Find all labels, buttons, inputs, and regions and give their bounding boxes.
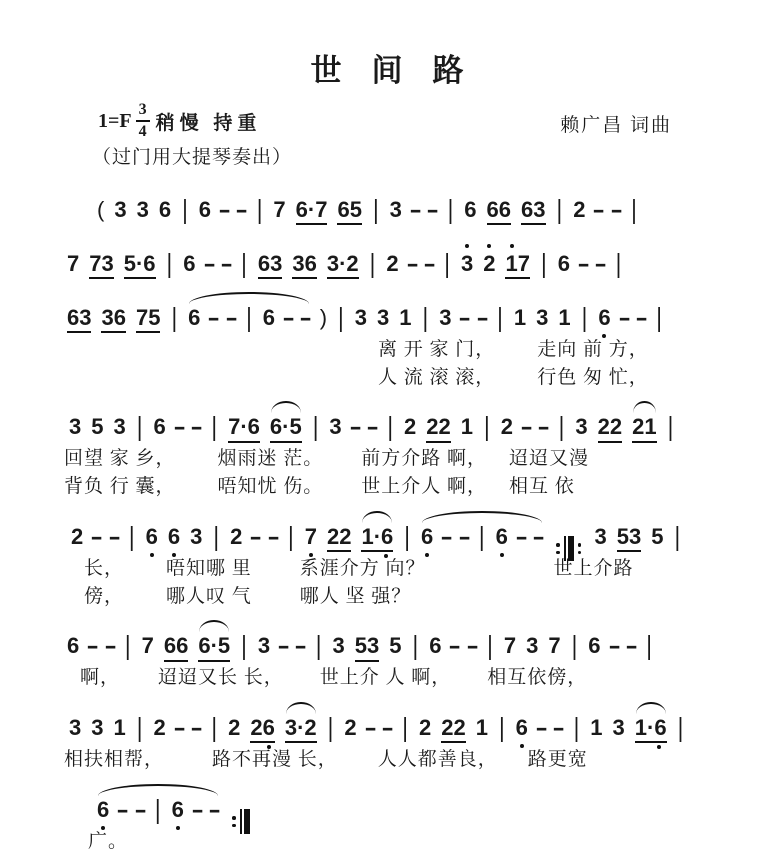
lyric-segment: 长， xyxy=(84,557,124,582)
note: 36 xyxy=(292,251,316,279)
notation-row: 353|6--|7·66·5|3--|2221|2--|32221| xyxy=(0,400,774,444)
note: 7·6 xyxy=(228,414,260,442)
sustain-dash: - xyxy=(458,524,470,549)
performance-note: （过门用大提琴奏出） xyxy=(92,142,774,169)
note: 6·5 xyxy=(198,633,230,661)
note: 6 xyxy=(172,797,184,822)
barline: | xyxy=(559,412,565,442)
repeat-sign-both xyxy=(555,536,583,561)
lyric-segment: 行色 匆 忙， xyxy=(537,366,649,391)
sustain-dash: - xyxy=(208,305,220,330)
lyrics-row: 人 流 滚 滚，行色 匆 忙， xyxy=(0,366,774,391)
lyric-segment: 烟雨迷 茫。 xyxy=(218,447,324,472)
repeat-sign-end xyxy=(231,809,250,834)
sustain-dash: - xyxy=(423,251,435,276)
notation-row: 331|2--|2263·2|2--|2221|6--|131·6| xyxy=(0,701,774,745)
lyrics-row: 相扶相帮，路不再漫 长，人人都善良，路更宽 xyxy=(0,748,774,773)
lyrics-row: 广。 xyxy=(0,830,774,855)
note: 1 xyxy=(476,715,488,740)
barline: | xyxy=(423,303,429,333)
sustain-dash: - xyxy=(209,797,221,822)
slur-group: 1·6 xyxy=(630,715,672,743)
lyric-segment: 相互 依 xyxy=(509,475,575,500)
note: 6·7 xyxy=(296,197,328,225)
sustain-dash: - xyxy=(625,633,637,658)
barline: | xyxy=(541,249,547,279)
slur-group: 6·5 xyxy=(193,633,235,661)
note: 2 xyxy=(419,715,431,740)
sustain-dash: - xyxy=(108,524,120,549)
score-line: 7735·6|6--|63363·2|2--|3217|6--| xyxy=(0,237,774,281)
slur-group: 1·6 xyxy=(356,524,398,552)
note: 3 xyxy=(595,524,607,549)
barline: | xyxy=(246,303,252,333)
barline: | xyxy=(557,195,563,225)
note: 7 xyxy=(548,633,560,658)
note: 3 xyxy=(91,715,103,740)
repeat-dot xyxy=(232,816,236,820)
note: 3·2 xyxy=(327,251,359,279)
note: 22 xyxy=(441,715,465,743)
note: 2 xyxy=(344,715,356,740)
note-group: )|331|3--|131|6--| xyxy=(315,305,668,330)
note-group: 3535| xyxy=(548,524,687,562)
sustain-dash: - xyxy=(236,197,248,222)
notation-row: 633675|6--|6--)|331|3--|131|6--| xyxy=(0,291,774,335)
sustain-dash: - xyxy=(173,715,185,740)
barline: | xyxy=(479,521,485,551)
lyric-segment: 离 开 家 门， xyxy=(378,338,495,363)
time-signature-numerator: 3 xyxy=(136,102,150,122)
sustain-dash: - xyxy=(218,197,230,222)
note: 6 xyxy=(558,251,570,276)
note: 6 xyxy=(67,633,79,658)
note-group: 2--|663|2--|722 xyxy=(66,524,356,552)
sustain-dash: - xyxy=(173,414,185,439)
note: 3 xyxy=(258,633,270,658)
note-group: |2--|2221|6--|13 xyxy=(322,715,630,743)
note: 1 xyxy=(590,715,602,740)
note: 63 xyxy=(521,197,545,225)
note: 6 xyxy=(146,524,158,549)
repeat-dot xyxy=(556,551,560,555)
note: 5 xyxy=(651,524,663,549)
meta-row: 1=F 3 4 稍慢 持重 赖广昌 词曲 xyxy=(98,104,774,138)
note: 63 xyxy=(67,305,91,333)
slur-group: 6·5 xyxy=(265,414,307,442)
repeat-dot xyxy=(556,543,560,547)
note: 22 xyxy=(327,524,351,552)
sustain-dash: - xyxy=(220,251,232,276)
lyric-segment: 唔知哪 里 xyxy=(166,557,252,582)
note-group: | xyxy=(398,524,416,549)
lyric-segment: 背负 行 囊， xyxy=(64,475,176,500)
sustain-dash: - xyxy=(409,197,421,222)
note: 3 xyxy=(526,633,538,658)
note: 2 xyxy=(483,251,495,276)
sustain-dash: - xyxy=(553,715,565,740)
note-group: (336|6--|76·765|3--|66663|2--| xyxy=(92,197,643,225)
sustain-dash: - xyxy=(104,633,116,658)
sustain-dash: - xyxy=(300,305,312,330)
note: 3 xyxy=(377,305,389,330)
note: 7 xyxy=(67,251,79,276)
note: 65 xyxy=(337,197,361,225)
sustain-dash: - xyxy=(610,197,622,222)
slur-group: 3·2 xyxy=(280,715,322,743)
barline: | xyxy=(241,631,247,661)
note: 6 xyxy=(153,414,165,439)
lyrics-row: 回望 家 乡，烟雨迷 茫。前方介路 啊，迢迢又漫 xyxy=(0,447,774,472)
sustain-dash: - xyxy=(533,524,545,549)
slur-group: 6--|6-- xyxy=(416,524,548,549)
barline: | xyxy=(338,303,344,333)
sustain-dash: - xyxy=(364,715,376,740)
barline: | xyxy=(213,521,219,551)
barline: | xyxy=(257,195,263,225)
sustain-dash: - xyxy=(191,797,203,822)
notation-row: 7735·6|6--|63363·2|2--|3217|6--| xyxy=(0,237,774,281)
parenthesis: ( xyxy=(97,197,104,222)
note-group: 7735·6|6--|63363·2|2--|3217|6--| xyxy=(62,251,627,279)
barline: | xyxy=(328,712,334,742)
barline: | xyxy=(137,412,143,442)
lyric-segment: 傍， xyxy=(84,585,124,610)
lyric-segment: 广。 xyxy=(88,830,128,855)
note: 2 xyxy=(404,414,416,439)
barline: | xyxy=(370,249,376,279)
note: 6 xyxy=(598,305,610,330)
note: 2 xyxy=(230,524,242,549)
sustain-dash: - xyxy=(535,715,547,740)
note: 6 xyxy=(97,797,109,822)
sheet-music-page: 世间路 1=F 3 4 稍慢 持重 赖广昌 词曲 （过门用大提琴奏出） (336… xyxy=(0,0,774,857)
note: 1 xyxy=(399,305,411,330)
repeat-dot xyxy=(578,551,582,555)
lyric-segment: 系涯介方 向？ xyxy=(300,557,426,582)
sustain-dash: - xyxy=(520,414,532,439)
sustain-dash: - xyxy=(267,524,279,549)
note: 6 xyxy=(421,524,433,549)
note: 73 xyxy=(89,251,113,279)
note: 53 xyxy=(355,633,379,661)
repeat-thin-bar xyxy=(564,536,566,561)
note: 66 xyxy=(487,197,511,225)
note: 3 xyxy=(439,305,451,330)
barline: | xyxy=(373,195,379,225)
barline: | xyxy=(574,712,580,742)
note: 22 xyxy=(426,414,450,442)
slur-group: 6--|6-- xyxy=(92,797,224,822)
barline: | xyxy=(412,631,418,661)
note: 17 xyxy=(505,251,529,279)
sustain-dash: - xyxy=(190,414,202,439)
score: (336|6--|76·765|3--|66663|2--|7735·6|6--… xyxy=(0,183,774,854)
lyric-segment: 世上介 人 啊， xyxy=(320,666,452,691)
barline: | xyxy=(572,631,578,661)
lyric-segment: 走向 前 方， xyxy=(537,338,649,363)
barline: | xyxy=(484,412,490,442)
note: 3 xyxy=(390,197,402,222)
note: 3 xyxy=(613,715,625,740)
note: 26 xyxy=(250,715,274,743)
note: 6 xyxy=(516,715,528,740)
barline: | xyxy=(444,249,450,279)
sustain-dash: - xyxy=(593,197,605,222)
note: 3 xyxy=(69,715,81,740)
time-signature-denominator: 4 xyxy=(139,122,147,140)
repeat-thick-bar xyxy=(568,536,574,561)
barline: | xyxy=(288,521,294,551)
barline: | xyxy=(125,631,131,661)
note: 1·6 xyxy=(361,524,393,552)
note: 3·2 xyxy=(285,715,317,743)
barline: | xyxy=(167,249,173,279)
sustain-dash: - xyxy=(250,524,262,549)
note-group xyxy=(224,805,257,835)
barline: | xyxy=(656,303,662,333)
song-title: 世间路 xyxy=(0,0,774,88)
sustain-dash: - xyxy=(466,633,478,658)
barline: | xyxy=(182,195,188,225)
note: 6 xyxy=(464,197,476,222)
note: 3 xyxy=(536,305,548,330)
sustain-dash: - xyxy=(190,715,202,740)
sustain-dash: - xyxy=(117,797,129,822)
note: 21 xyxy=(632,414,656,442)
barline: | xyxy=(171,303,177,333)
sustain-dash: - xyxy=(577,251,589,276)
note: 2 xyxy=(153,715,165,740)
barline: | xyxy=(448,195,454,225)
note: 6 xyxy=(168,524,180,549)
sustain-dash: - xyxy=(459,305,471,330)
note: 6 xyxy=(199,197,211,222)
note-group: |3--|3535|6--|737|6--| xyxy=(235,633,658,661)
sustain-dash: - xyxy=(406,251,418,276)
barline: | xyxy=(387,412,393,442)
repeat-dot xyxy=(578,543,582,547)
lyrics-row: 离 开 家 门，走向 前 方， xyxy=(0,338,774,363)
barline: | xyxy=(631,195,637,225)
note: 6 xyxy=(496,524,508,549)
note-group: | xyxy=(662,414,680,439)
sustain-dash: - xyxy=(635,305,647,330)
note-group: | xyxy=(672,715,690,740)
barline: | xyxy=(497,303,503,333)
note: 3 xyxy=(69,414,81,439)
repeat-dot xyxy=(232,824,236,828)
note: 3 xyxy=(575,414,587,439)
sustain-dash: - xyxy=(295,633,307,658)
note: 3 xyxy=(137,197,149,222)
lyric-segment: 人人都善良， xyxy=(378,748,498,773)
lyrics-row: 背负 行 囊，唔知忧 伤。世上介人 啊，相互 依 xyxy=(0,475,774,500)
score-line: 6--|6--广。 xyxy=(0,783,774,855)
note: 7 xyxy=(305,524,317,549)
sustain-dash: - xyxy=(608,633,620,658)
lyric-segment: 世上介人 啊， xyxy=(361,475,487,500)
note: 3 xyxy=(114,414,126,439)
barline: | xyxy=(616,249,622,279)
tempo-marking: 稍慢 持重 xyxy=(156,108,262,135)
lyric-segment: 人 流 滚 滚， xyxy=(378,366,495,391)
lyric-segment: 相扶相帮， xyxy=(64,748,164,773)
note-group: 353|6--|7·6 xyxy=(64,414,265,442)
sustain-dash: - xyxy=(349,414,361,439)
sustain-dash: - xyxy=(441,524,453,549)
barline: | xyxy=(211,412,217,442)
key-signature: 1=F xyxy=(98,110,132,133)
composer-credit: 赖广昌 词曲 xyxy=(560,110,672,137)
lyric-segment: 路更宽 xyxy=(528,748,588,773)
barline: | xyxy=(129,521,135,551)
note: 3 xyxy=(190,524,202,549)
sustain-dash: - xyxy=(618,305,630,330)
barline: | xyxy=(402,712,408,742)
sustain-dash: - xyxy=(538,414,550,439)
sustain-dash: - xyxy=(225,305,237,330)
repeat-dots xyxy=(556,543,560,554)
score-line: 633675|6--|6--)|331|3--|131|6--|离 开 家 门，… xyxy=(0,291,774,390)
barline: | xyxy=(668,412,674,442)
barline: | xyxy=(316,631,322,661)
score-line: 331|2--|2263·2|2--|2221|6--|131·6|相扶相帮，路… xyxy=(0,701,774,773)
note: 53 xyxy=(617,524,641,552)
sustain-dash: - xyxy=(427,197,439,222)
sustain-dash: - xyxy=(449,633,461,658)
barline: | xyxy=(211,712,217,742)
sustain-dash: - xyxy=(87,633,99,658)
lyric-segment: 回望 家 乡， xyxy=(64,447,176,472)
note-group: 633675| xyxy=(62,305,183,333)
note: 6·5 xyxy=(270,414,302,442)
note: 1·6 xyxy=(635,715,667,743)
score-line: 6--|7666·5|3--|3535|6--|737|6--|啊，迢迢又长 长… xyxy=(0,619,774,691)
note: 75 xyxy=(136,305,160,333)
sustain-dash: - xyxy=(282,305,294,330)
note-group: 331|2--|226 xyxy=(64,715,280,743)
barline: | xyxy=(155,794,161,824)
note: 7 xyxy=(504,633,516,658)
note: 6 xyxy=(588,633,600,658)
note: 3 xyxy=(355,305,367,330)
note: 6 xyxy=(183,251,195,276)
note: 66 xyxy=(164,633,188,661)
note: 2 xyxy=(228,715,240,740)
sustain-dash: - xyxy=(134,797,146,822)
note: 3 xyxy=(329,414,341,439)
notation-row: 6--|7666·5|3--|3535|6--|737|6--| xyxy=(0,619,774,663)
lyric-segment: 哪人 坚 强？ xyxy=(300,585,412,610)
sustain-dash: - xyxy=(515,524,527,549)
repeat-thin-bar xyxy=(240,809,242,834)
score-line: 353|6--|7·66·5|3--|2221|2--|32221|回望 家 乡… xyxy=(0,400,774,499)
lyric-segment: 迢迢又漫 xyxy=(509,447,589,472)
parenthesis: ) xyxy=(320,305,327,330)
barline: | xyxy=(674,521,680,551)
note: 1 xyxy=(461,414,473,439)
slur-group: 6--|6-- xyxy=(183,305,315,330)
barline: | xyxy=(582,303,588,333)
note: 5·6 xyxy=(124,251,156,279)
barline: | xyxy=(404,521,410,551)
lyrics-row: 啊，迢迢又长 长，世上介 人 啊，相互依傍， xyxy=(0,666,774,691)
note: 2 xyxy=(501,414,513,439)
lyrics-row: 傍，哪人叹 气哪人 坚 强？ xyxy=(0,585,774,610)
sustain-dash: - xyxy=(381,715,393,740)
note: 6 xyxy=(188,305,200,330)
lyric-segment: 前方介路 啊， xyxy=(361,447,487,472)
note: 63 xyxy=(258,251,282,279)
lyric-segment: 啊， xyxy=(80,666,120,691)
note: 1 xyxy=(558,305,570,330)
note: 2 xyxy=(573,197,585,222)
lyric-segment: 路不再漫 长， xyxy=(212,748,338,773)
barline: | xyxy=(313,412,319,442)
note: 6 xyxy=(159,197,171,222)
note: 2 xyxy=(71,524,83,549)
note: 5 xyxy=(91,414,103,439)
lyric-segment: 相互依傍， xyxy=(487,666,587,691)
barline: | xyxy=(487,631,493,661)
notation-row: 6--|6-- xyxy=(0,783,774,827)
sustain-dash: - xyxy=(595,251,607,276)
barline: | xyxy=(646,631,652,661)
note: 6 xyxy=(263,305,275,330)
time-signature: 3 4 xyxy=(136,102,150,140)
note: 3 xyxy=(461,251,473,276)
barline: | xyxy=(241,249,247,279)
note: 1 xyxy=(114,715,126,740)
note: 3 xyxy=(114,197,126,222)
note: 2 xyxy=(386,251,398,276)
repeat-dots xyxy=(578,543,582,554)
notation-row: 2--|663|2--|7221·6|6--|6--3535| xyxy=(0,510,774,554)
note: 7 xyxy=(273,197,285,222)
sustain-dash: - xyxy=(366,414,378,439)
note: 6 xyxy=(429,633,441,658)
slur-group: 21 xyxy=(627,414,661,442)
note: 3 xyxy=(333,633,345,658)
note: 7 xyxy=(142,633,154,658)
repeat-thick-bar xyxy=(244,809,250,834)
lyric-segment: 迢迢又长 长， xyxy=(158,666,284,691)
sustain-dash: - xyxy=(203,251,215,276)
repeat-dots xyxy=(232,816,236,827)
sustain-dash: - xyxy=(278,633,290,658)
note-group: |3--|2221|2--|322 xyxy=(307,414,627,442)
note: 22 xyxy=(598,414,622,442)
barline: | xyxy=(137,712,143,742)
score-line: (336|6--|76·765|3--|66663|2--| xyxy=(0,183,774,227)
lyric-segment: 唔知忧 伤。 xyxy=(218,475,324,500)
note-group: 6--|766 xyxy=(62,633,193,661)
notation-row: (336|6--|76·765|3--|66663|2--| xyxy=(0,183,774,227)
note: 1 xyxy=(514,305,526,330)
barline: | xyxy=(499,712,505,742)
note: 36 xyxy=(101,305,125,333)
note: 5 xyxy=(389,633,401,658)
sustain-dash: - xyxy=(91,524,103,549)
barline: | xyxy=(678,712,684,742)
lyric-segment: 哪人叹 气 xyxy=(166,585,252,610)
score-line: 2--|663|2--|7221·6|6--|6--3535|长，唔知哪 里系涯… xyxy=(0,510,774,609)
sustain-dash: - xyxy=(476,305,488,330)
